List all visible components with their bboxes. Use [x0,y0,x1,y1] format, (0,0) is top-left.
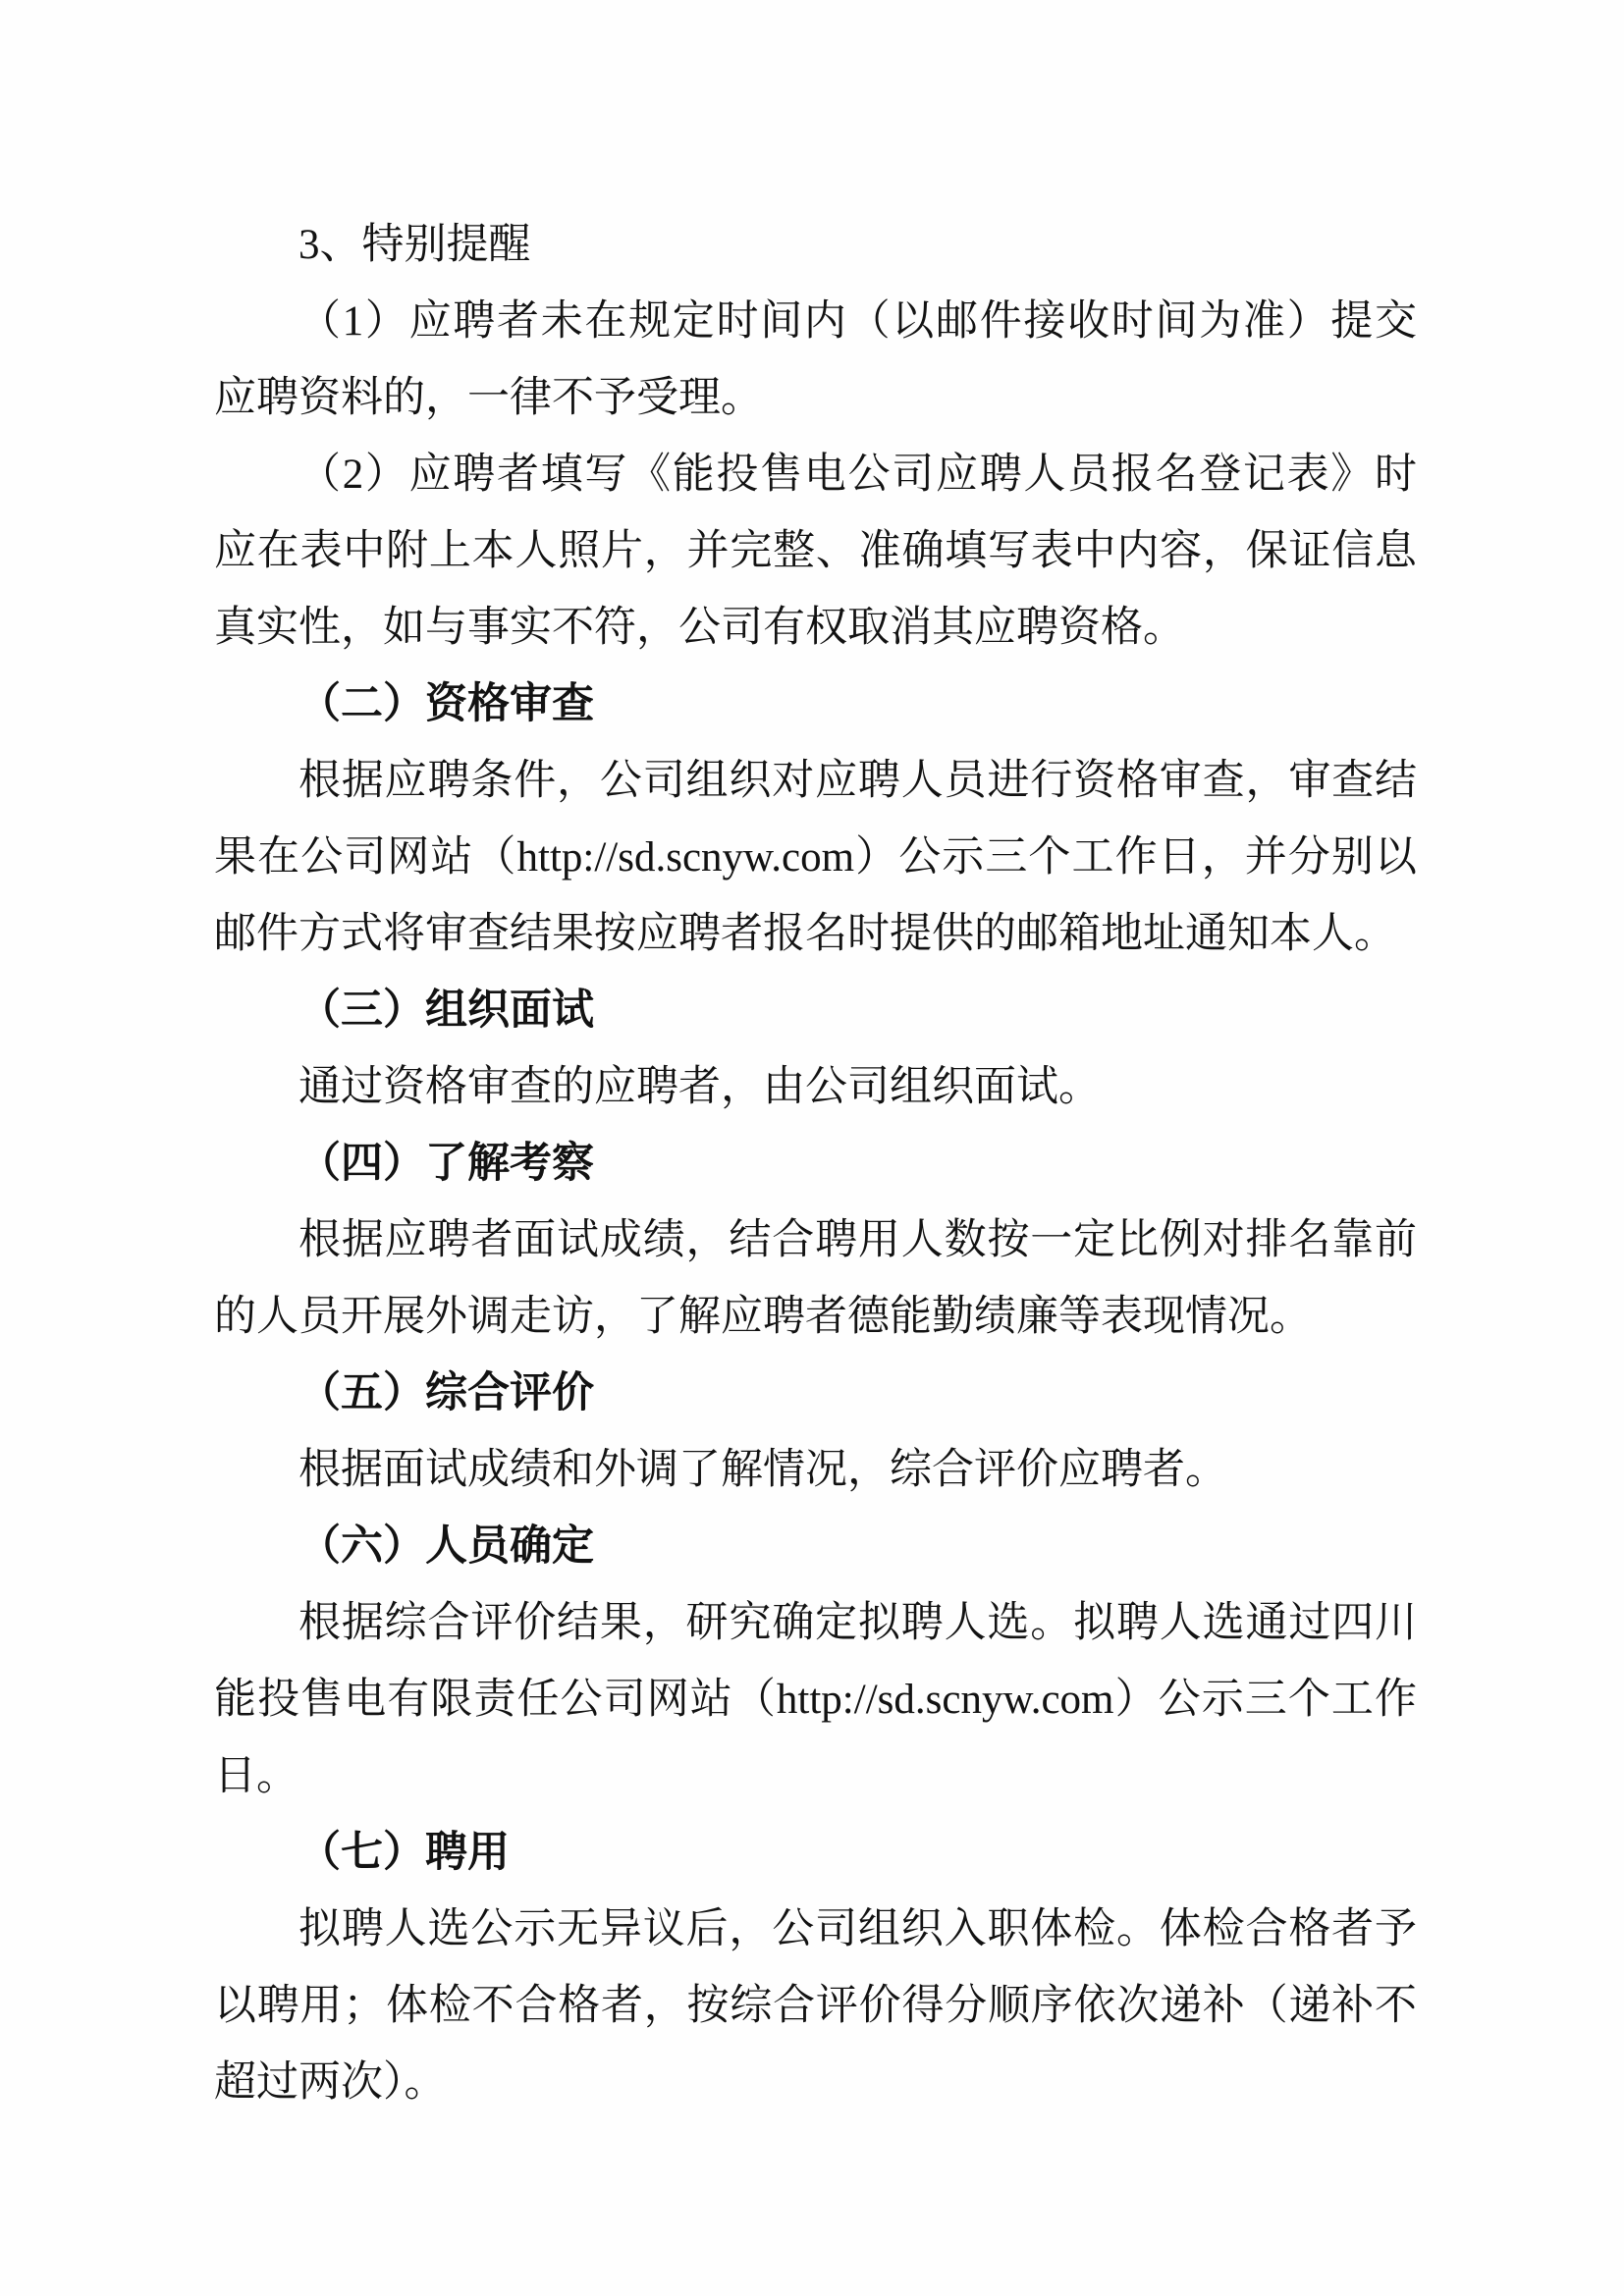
document-content: 3、特别提醒（1）应聘者未在规定时间内（以邮件接收时间为准）提交应聘资料的，一律… [214,207,1417,2121]
text-line: （七）聘用 [214,1815,1417,1892]
section-heading: （二）资格审查 [214,667,1417,743]
text-line: 根据应聘条件，公司组织对应聘人员进行资格审查，审查结 [214,743,1417,820]
text-line: 根据综合评价结果，研究确定拟聘人选。拟聘人选通过四川 [214,1585,1417,1662]
text-line: 能投售电有限责任公司网站（http://sd.scnyw.com）公示三个工作 [214,1662,1417,1738]
text-line: 邮件方式将审查结果按应聘者报名时提供的邮箱地址通知本人。 [214,896,1417,973]
text-line: （二）资格审查 [214,667,1417,743]
text-line: 应聘资料的，一律不予受理。 [214,360,1417,437]
text-line: （五）综合评价 [214,1356,1417,1432]
paragraph: （2）应聘者填写《能投售电公司应聘人员报名登记表》时应在表中附上本人照片，并完整… [214,437,1417,667]
section-heading: （五）综合评价 [214,1356,1417,1432]
paragraph: 根据综合评价结果，研究确定拟聘人选。拟聘人选通过四川能投售电有限责任公司网站（h… [214,1585,1417,1815]
section-heading: （六）人员确定 [214,1509,1417,1585]
text-line: 的人员开展外调走访，了解应聘者德能勤绩廉等表现情况。 [214,1279,1417,1356]
text-line: （六）人员确定 [214,1509,1417,1585]
paragraph: 3、特别提醒 [214,207,1417,284]
paragraph: 根据面试成绩和外调了解情况，综合评价应聘者。 [214,1432,1417,1509]
text-line: 3、特别提醒 [214,207,1417,284]
text-line: （三）组织面试 [214,973,1417,1049]
text-line: （2）应聘者填写《能投售电公司应聘人员报名登记表》时 [214,437,1417,513]
document-page: 3、特别提醒（1）应聘者未在规定时间内（以邮件接收时间为准）提交应聘资料的，一律… [0,0,1624,2296]
paragraph: 通过资格审查的应聘者，由公司组织面试。 [214,1049,1417,1126]
paragraph: 拟聘人选公示无异议后，公司组织入职体检。体检合格者予以聘用；体检不合格者，按综合… [214,1892,1417,2121]
section-heading: （四）了解考察 [214,1126,1417,1202]
paragraph: 根据应聘条件，公司组织对应聘人员进行资格审查，审查结果在公司网站（http://… [214,743,1417,973]
text-line: 以聘用；体检不合格者，按综合评价得分顺序依次递补（递补不 [214,1968,1417,2045]
text-line: 超过两次）。 [214,2045,1417,2121]
text-line: 拟聘人选公示无异议后，公司组织入职体检。体检合格者予 [214,1892,1417,1968]
paragraph: （1）应聘者未在规定时间内（以邮件接收时间为准）提交应聘资料的，一律不予受理。 [214,284,1417,437]
text-line: （四）了解考察 [214,1126,1417,1202]
text-line: （1）应聘者未在规定时间内（以邮件接收时间为准）提交 [214,284,1417,360]
text-line: 通过资格审查的应聘者，由公司组织面试。 [214,1049,1417,1126]
text-line: 根据应聘者面试成绩，结合聘用人数按一定比例对排名靠前 [214,1202,1417,1279]
text-line: 应在表中附上本人照片，并完整、准确填写表中内容，保证信息 [214,513,1417,590]
section-heading: （三）组织面试 [214,973,1417,1049]
text-line: 果在公司网站（http://sd.scnyw.com）公示三个工作日，并分别以 [214,820,1417,896]
section-heading: （七）聘用 [214,1815,1417,1892]
text-line: 真实性，如与事实不符，公司有权取消其应聘资格。 [214,590,1417,667]
text-line: 日。 [214,1738,1417,1815]
paragraph: 根据应聘者面试成绩，结合聘用人数按一定比例对排名靠前的人员开展外调走访，了解应聘… [214,1202,1417,1356]
text-line: 根据面试成绩和外调了解情况，综合评价应聘者。 [214,1432,1417,1509]
